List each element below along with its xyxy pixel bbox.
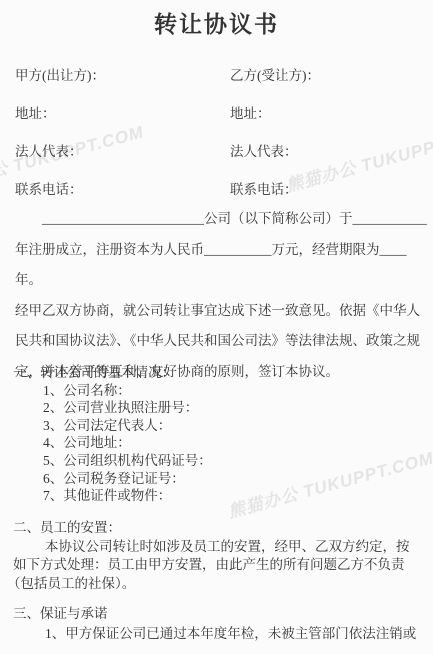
party-b-phone-label: 联系电话：: [230, 178, 298, 198]
intro-line: 民共和国协议法》、《中华人民共和国公司法》等法律法规、政策之规: [15, 326, 429, 357]
section-guarantees: 三、保证与承诺 1、甲方保证公司已通过本年度年检，未被主管部门依法注销或: [13, 604, 429, 643]
document-title: 转让协议书: [0, 6, 433, 39]
section-basic-info-heading: 一、转让公司的基本情况：: [13, 364, 212, 382]
section-guarantees-heading: 三、保证与承诺: [13, 604, 429, 624]
parties-block: 甲方(出让方)： 乙方(受让方)： 地址： 地址： 法人代表： 法人代表： 联系…: [15, 64, 433, 216]
section-employees-heading: 二、员工的安置：: [13, 519, 429, 538]
party-name-row: 甲方(出让方)： 乙方(受让方)：: [15, 64, 433, 102]
intro-line: 年注册成立，注册资本为人民币__________万元，经营期限为____年。: [15, 235, 429, 296]
list-item: 1、公司名称：: [13, 382, 212, 400]
section-basic-info: 一、转让公司的基本情况： 1、公司名称： 2、公司营业执照注册号： 3、公司法定…: [13, 364, 212, 505]
party-a-label: 甲方(出让方)：: [15, 64, 230, 84]
party-a-phone-label: 联系电话：: [15, 178, 230, 198]
watermark-middle: 熊猫办公 TUKUPPT.COM: [225, 444, 433, 523]
party-b-label: 乙方(受让方)：: [230, 64, 320, 84]
paragraph-line: 如下方式处理：员工由甲方安置，由此产生的所有问题乙方不负责: [13, 556, 429, 575]
list-item: 2、公司营业执照注册号：: [13, 399, 212, 417]
party-b-address-label: 地址：: [230, 102, 271, 122]
paragraph-line: 1、甲方保证公司已通过本年度年检，未被主管部门依法注销或: [13, 624, 429, 644]
list-item: 4、公司地址：: [13, 434, 212, 452]
list-item: 7、其他证件或物件：: [13, 487, 212, 505]
party-a-legal-rep-label: 法人代表：: [15, 140, 230, 160]
list-item: 5、公司组织机构代码证号：: [13, 452, 212, 470]
address-row: 地址： 地址：: [15, 102, 433, 140]
intro-line: ________________________公司（以下简称公司）于_____…: [15, 204, 429, 235]
party-a-address-label: 地址：: [15, 102, 230, 122]
section-employees: 二、员工的安置： 本协议公司转让时如涉及员工的安置，经甲、乙双方约定，按 如下方…: [13, 519, 429, 593]
contract-document: 熊猫办公 TUKUPPT.COM 熊猫办公 TUKUPPT.COM 熊猫办公 T…: [0, 0, 433, 654]
intro-paragraph: ________________________公司（以下简称公司）于_____…: [15, 204, 429, 387]
party-b-legal-rep-label: 法人代表：: [230, 140, 298, 160]
list-item: 3、公司法定代表人：: [13, 417, 212, 435]
list-item: 6、公司税务登记证号：: [13, 470, 212, 488]
paragraph-line: （包括员工的社保）。: [7, 575, 429, 594]
legal-representative-row: 法人代表： 法人代表：: [15, 140, 433, 178]
intro-line: 经甲乙双方协商，就公司转让事宜达成下述一致意见。依据《中华人: [15, 296, 429, 327]
paragraph-line: 本协议公司转让时如涉及员工的安置，经甲、乙双方约定，按: [13, 538, 429, 557]
